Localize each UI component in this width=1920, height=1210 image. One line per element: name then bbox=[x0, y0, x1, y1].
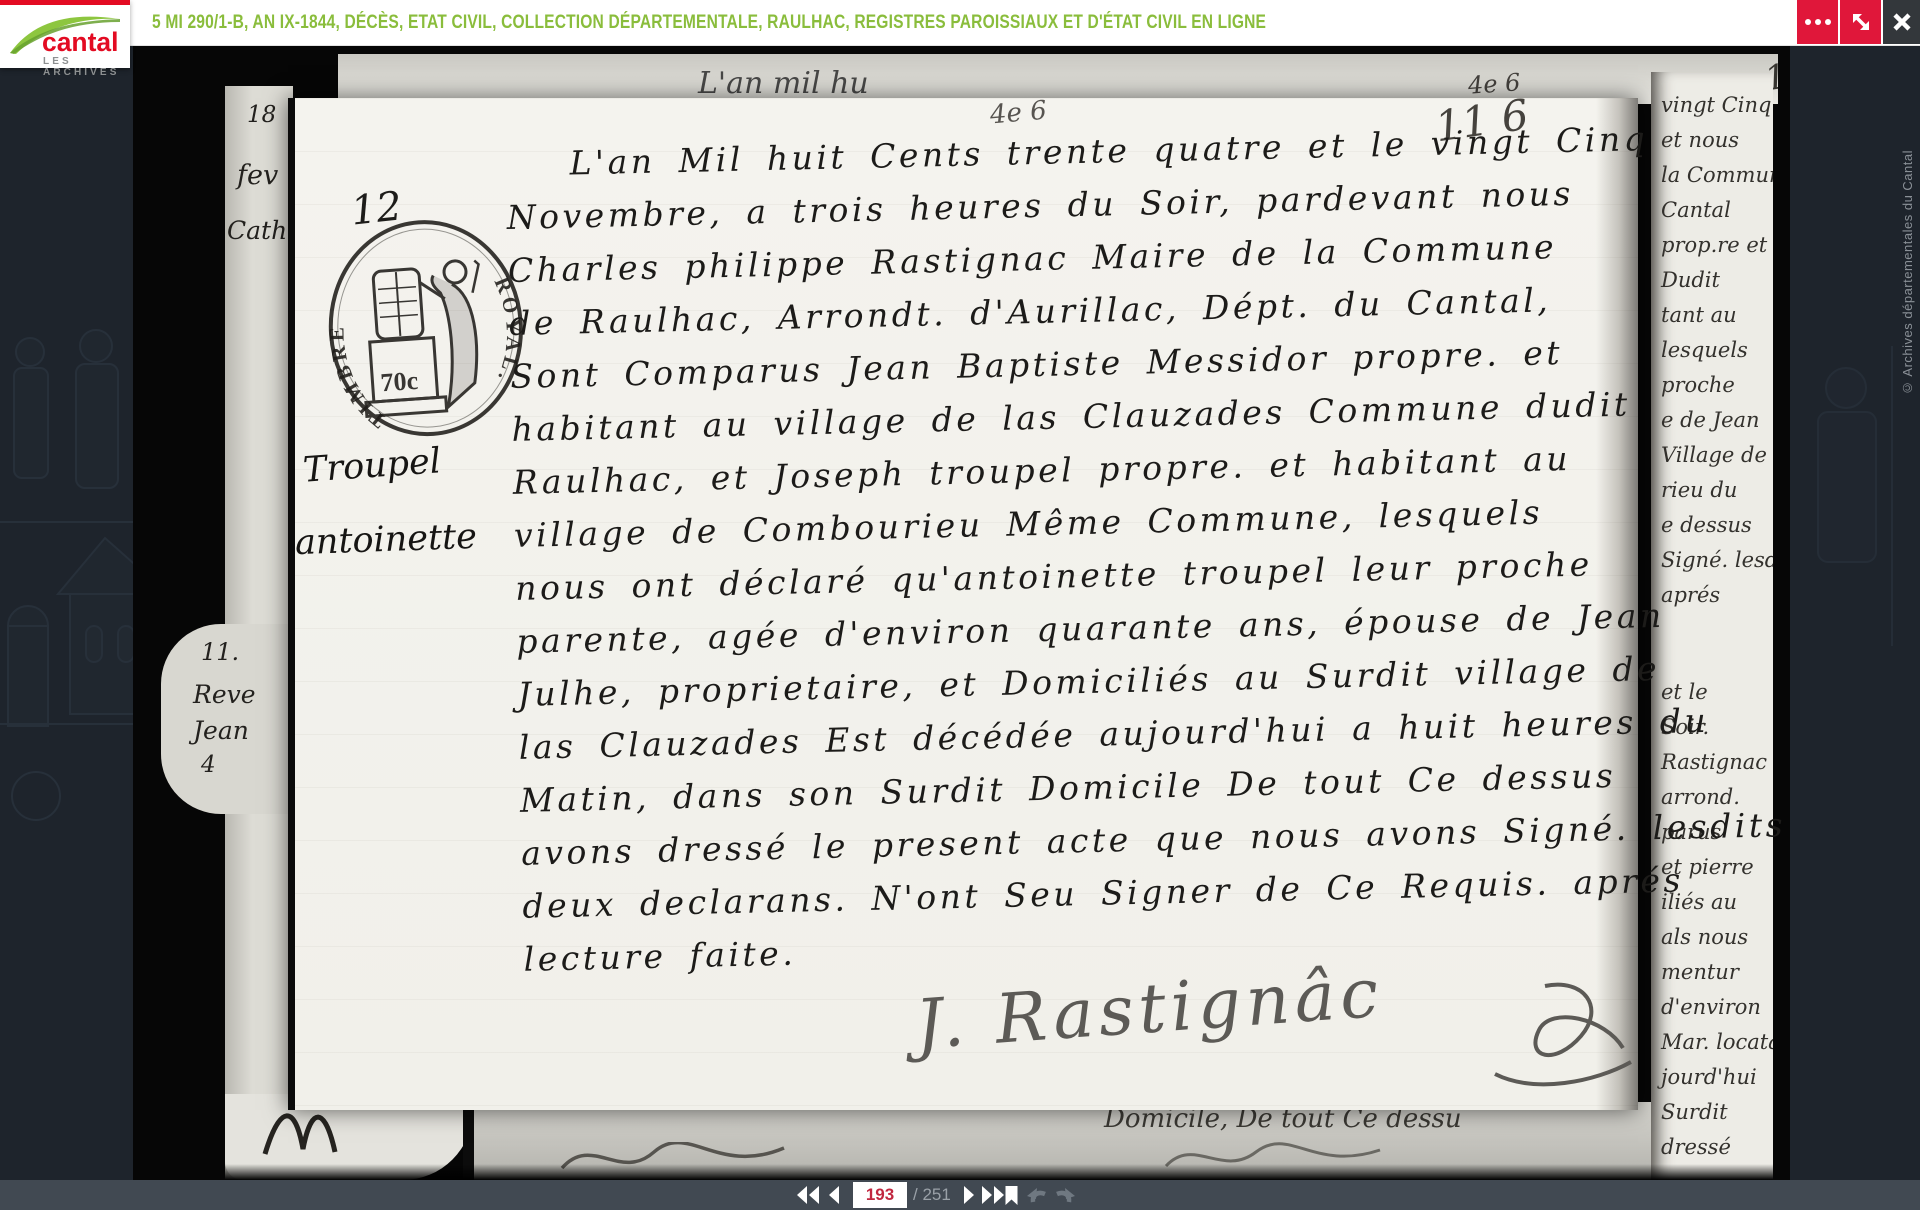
bookmark-icon bbox=[1004, 1185, 1019, 1206]
handwriting-fragment: d'environ bbox=[1661, 990, 1773, 1025]
app-header: 5 MI 290/1-B, AN IX-1844, DÉCÈS, ETAT CI… bbox=[0, 0, 1920, 46]
image-viewer-area: © Archives départementales du Cantal L'a… bbox=[0, 46, 1920, 1180]
handwriting-fragment: Surdit bbox=[1661, 1095, 1773, 1130]
handwriting-fragment: aprés bbox=[1661, 578, 1773, 613]
handwriting-fragment: la Commune bbox=[1661, 158, 1773, 193]
handwriting-fragment: vingt Cinq bbox=[1661, 88, 1773, 123]
previous-page-button[interactable] bbox=[821, 1180, 847, 1210]
cantal-archives-logo[interactable]: cantal LES ARCHIVES bbox=[0, 0, 130, 68]
handwriting-fragment: proche bbox=[1661, 368, 1773, 403]
bookmark-page-button[interactable] bbox=[1000, 1180, 1022, 1210]
handwriting-fragment: jourd'hui bbox=[1661, 1060, 1773, 1095]
svg-text:70c: 70c bbox=[380, 366, 419, 398]
undo-arrow-icon bbox=[1026, 1186, 1050, 1205]
document-title: 5 MI 290/1-B, AN IX-1844, DÉCÈS, ETAT CI… bbox=[152, 0, 1266, 46]
margin-fragment: Cathe bbox=[227, 216, 293, 245]
handwriting-fragment: Mar. locataire bbox=[1661, 1025, 1773, 1060]
base-handwriting-fragment: L'an mil hu bbox=[698, 66, 869, 101]
handwriting-fragment: lesquels bbox=[1661, 333, 1773, 368]
logo-tagline-text: LES ARCHIVES bbox=[43, 56, 130, 78]
handwriting-fragment: Cantal bbox=[1661, 193, 1773, 228]
handwriting-fragment: e dessus bbox=[1661, 508, 1773, 543]
left-arrow-icon bbox=[827, 1185, 841, 1205]
handwriting-fragment: et nous bbox=[1661, 123, 1773, 158]
handwriting-fragment: dressé bbox=[1661, 1130, 1773, 1165]
margin-fragment: fev bbox=[237, 160, 278, 191]
handwriting-fragment: Rastignac bbox=[1661, 745, 1773, 780]
record-margin-name: antoinette bbox=[294, 517, 477, 563]
handwriting-fragment: e de Jean bbox=[1661, 403, 1773, 438]
margin-fragment: 4 bbox=[201, 752, 216, 778]
right-arrow-icon bbox=[962, 1185, 976, 1205]
margin-fragment: 18 bbox=[247, 102, 276, 128]
background-art-left bbox=[0, 326, 150, 886]
page-navigation-toolbar: / 251 bbox=[0, 1180, 1920, 1210]
handwriting-fragment: tant au bbox=[1661, 298, 1773, 333]
handwriting-fragment: als nous bbox=[1661, 920, 1773, 955]
redo-rotate-button[interactable] bbox=[1050, 1180, 1078, 1210]
page-total-label: / 251 bbox=[913, 1180, 951, 1210]
base-page-top-edge: L'an mil hu 4e 6 11 6 bbox=[338, 54, 1778, 104]
timbre-royal-stamp: TIMBRE ROYAL. 70c bbox=[317, 209, 537, 451]
double-left-arrow-icon bbox=[795, 1185, 821, 1205]
ellipsis-icon bbox=[1805, 19, 1831, 25]
base-bottom-shadow bbox=[225, 1164, 1773, 1180]
margin-fragment: Reve bbox=[193, 680, 256, 709]
base-right-page-strip: vingt Cinqet nousla CommuneCantalprop.re… bbox=[1651, 72, 1773, 1180]
handwriting-fragment: mentur bbox=[1661, 955, 1773, 990]
first-page-button[interactable] bbox=[791, 1180, 825, 1210]
close-icon bbox=[1892, 12, 1912, 32]
zoomed-record-overlay[interactable]: 4e 6 11 6 12 bbox=[288, 98, 1638, 1110]
signature-flourish bbox=[1485, 978, 1635, 1098]
handwriting-fragment: Signé. lesdits bbox=[1661, 543, 1773, 578]
more-options-button[interactable] bbox=[1797, 0, 1838, 44]
handwriting-fragment: rieu du bbox=[1661, 473, 1773, 508]
margin-fragment: Jean bbox=[193, 716, 249, 745]
base-left-page-bulge: 11. Reve Jean 4 bbox=[161, 624, 293, 814]
undo-rotate-button[interactable] bbox=[1024, 1180, 1052, 1210]
handwriting-fragment: Village de bbox=[1661, 438, 1773, 473]
handwriting-fragment: Dudit bbox=[1661, 263, 1773, 298]
resize-diagonal-icon bbox=[1849, 10, 1873, 34]
header-buttons bbox=[1797, 0, 1920, 44]
archive-viewer-app: © Archives départementales du Cantal L'a… bbox=[0, 0, 1920, 1210]
redo-arrow-icon bbox=[1052, 1186, 1076, 1205]
margin-fragment: 11. bbox=[201, 638, 239, 666]
fullscreen-button[interactable] bbox=[1840, 0, 1881, 44]
logo-brand-text: cantal bbox=[42, 27, 118, 58]
close-viewer-button[interactable] bbox=[1883, 0, 1920, 44]
record-handwritten-text: L'an Mil huit Cents trente quatre et le … bbox=[505, 112, 1654, 985]
copyright-vertical-label: © Archives départementales du Cantal bbox=[1900, 150, 1915, 395]
record-margin-name: Troupel bbox=[302, 441, 442, 491]
handwriting-fragment: prop.re et bbox=[1661, 228, 1773, 263]
page-number-input[interactable] bbox=[853, 1182, 907, 1208]
